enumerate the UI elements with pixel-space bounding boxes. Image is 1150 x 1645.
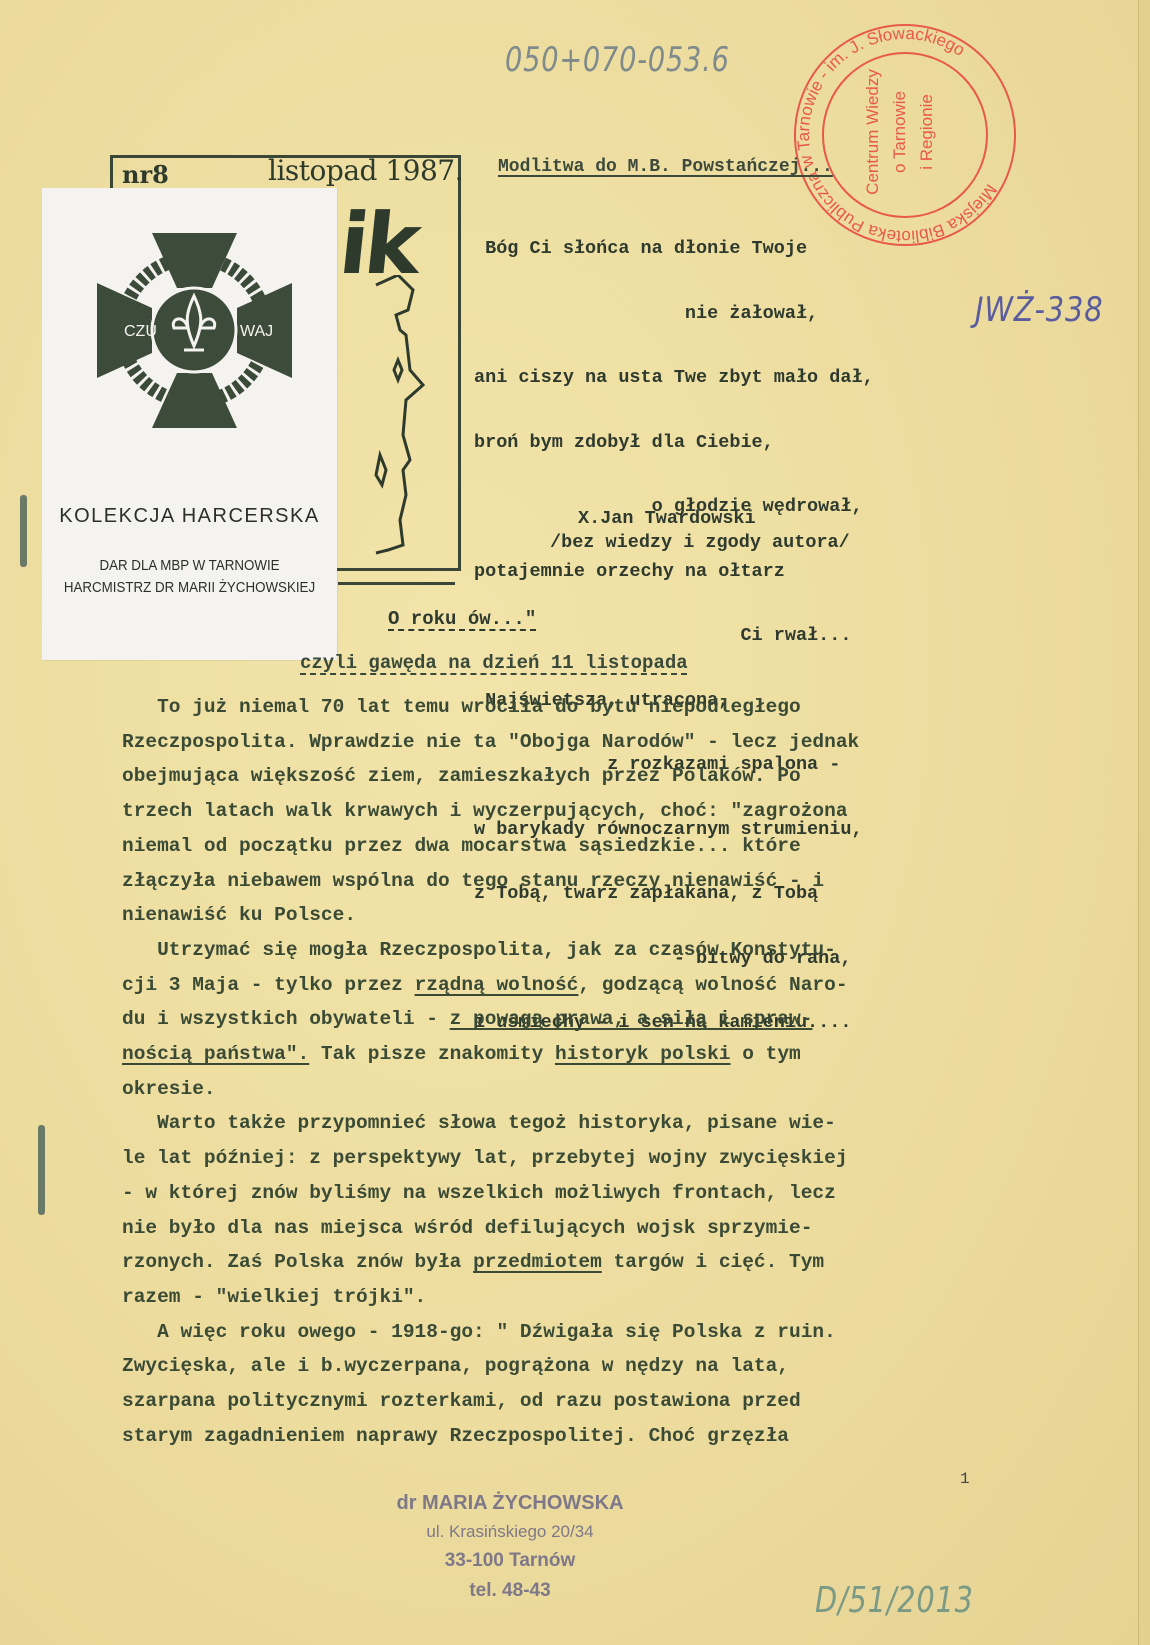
article-line: - w której znów byliśmy na wszelkich moż… <box>122 1176 982 1211</box>
article-line: Rzeczpospolita. Wprawdzie nie ta "Obojga… <box>122 725 982 760</box>
poem-author: X.Jan Twardowski <box>578 508 756 529</box>
svg-text:WAJ: WAJ <box>240 323 273 340</box>
article-body: To już niemal 70 lat temu wróciła do byt… <box>122 690 982 1453</box>
donation-line-2: HARCMISTRZ DR MARII ŻYCHOWSKIEJ <box>54 577 325 599</box>
underlined-phrase: rządną wolność <box>415 974 579 996</box>
article-line: le lat później: z perspektywy lat, przeb… <box>122 1141 982 1176</box>
article-line: okresie. <box>122 1072 982 1107</box>
article-line: nienawiść ku Polsce. <box>122 898 982 933</box>
owner-stamp: dr MARIA ŻYCHOWSKA ul. Krasińskiego 20/3… <box>360 1488 660 1606</box>
article-line: niemal od początku przez dwa mocarstwa s… <box>122 829 982 864</box>
page-number: 1 <box>960 1470 970 1488</box>
article-line: cji 3 Maja - tylko przez rządną wolność,… <box>122 968 982 1003</box>
article-line: trzech latach walk krwawych i wyczerpują… <box>122 794 982 829</box>
svg-text:i Regionie: i Regionie <box>917 94 936 170</box>
article-line: złączyła niebawem wspólna do tego stanu … <box>122 864 982 899</box>
svg-text:CZU: CZU <box>124 323 157 340</box>
article-line: A więc roku owego - 1918-go: " Dźwigała … <box>122 1315 982 1350</box>
svg-text:o Tarnowie: o Tarnowie <box>890 91 909 173</box>
call-number: 050+070-053.6 <box>505 40 730 80</box>
staple-top <box>20 495 27 567</box>
poem-note: /bez wiedzy i zgody autora/ <box>550 532 850 553</box>
owner-city: 33-100 Tarnów <box>360 1546 660 1576</box>
underlined-phrase: przedmiotem <box>473 1251 602 1273</box>
collection-title: KOLEKCJA HARCERSKA <box>42 505 337 528</box>
poem-line: broń bym zdobył dla Ciebie, <box>474 432 874 454</box>
article-line: starym zagadnieniem naprawy Rzeczpospoli… <box>122 1419 982 1454</box>
poem-line: ani ciszy na usta Twe zbyt mało dał, <box>474 367 874 389</box>
masthead-divider <box>338 582 455 585</box>
article-line: du i wszystkich obywateli - z powagą pra… <box>122 1002 982 1037</box>
underlined-phrase: nością państwa". <box>122 1043 309 1065</box>
poem-line: Bóg Ci słońca na dłonie Twoje <box>474 238 874 260</box>
scout-cross-icon: CZU WAJ <box>92 228 297 433</box>
owner-name: dr MARIA ŻYCHOWSKA <box>360 1488 660 1518</box>
article-line: razem - "wielkiej trójki". <box>122 1280 982 1315</box>
page-edge <box>1138 0 1150 1645</box>
poem-line: nie żałował, <box>474 303 874 325</box>
underlined-phrase: historyk polski <box>555 1043 731 1065</box>
article-line: Zwycięska, ale i b.wyczerpana, pogrążona… <box>122 1349 982 1384</box>
inventory-number: JWŻ-338 <box>975 290 1103 330</box>
article-subtitle: czyli gawęda na dzień 11 listopada <box>300 652 688 674</box>
article-line: szarpana politycznymi rozterkami, od raz… <box>122 1384 982 1419</box>
article-line: nością państwa". Tak pisze znakomity his… <box>122 1037 982 1072</box>
underlined-phrase: z powagą prawa, a siłą i spraw- <box>450 1008 813 1030</box>
accession-number: D/51/2013 <box>815 1580 974 1621</box>
donation-line-1: DAR DLA MBP W TARNOWIE <box>54 555 325 577</box>
article-line: obejmująca większość ziem, zamieszkałych… <box>122 759 982 794</box>
owner-phone: tel. 48-43 <box>360 1576 660 1606</box>
staple-bottom <box>38 1125 45 1215</box>
article-line: nie było dla nas miejsca wśród defilując… <box>122 1211 982 1246</box>
article-line: Utrzymać się mogła Rzeczpospolita, jak z… <box>122 933 982 968</box>
owner-street: ul. Krasińskiego 20/34 <box>360 1518 660 1546</box>
svg-text:Centrum Wiedzy: Centrum Wiedzy <box>863 69 882 195</box>
article-line: Warto także przypomnieć słowa tegoż hist… <box>122 1106 982 1141</box>
issue-number: nr8 <box>122 160 169 189</box>
collection-donation: DAR DLA MBP W TARNOWIE HARCMISTRZ DR MAR… <box>54 555 325 599</box>
article-line: rzonych. Zaś Polska znów była przedmiote… <box>122 1245 982 1280</box>
issue-date: listopad 1987. <box>268 154 463 187</box>
article-title: O roku ów..." <box>388 608 536 630</box>
article-line: To już niemal 70 lat temu wróciła do byt… <box>122 690 982 725</box>
poem-line: potajemnie orzechy na ołtarz <box>474 561 874 583</box>
poem-title: Modlitwa do M.B. Powstańczej... <box>498 157 833 177</box>
map-outline-icon <box>368 275 448 565</box>
